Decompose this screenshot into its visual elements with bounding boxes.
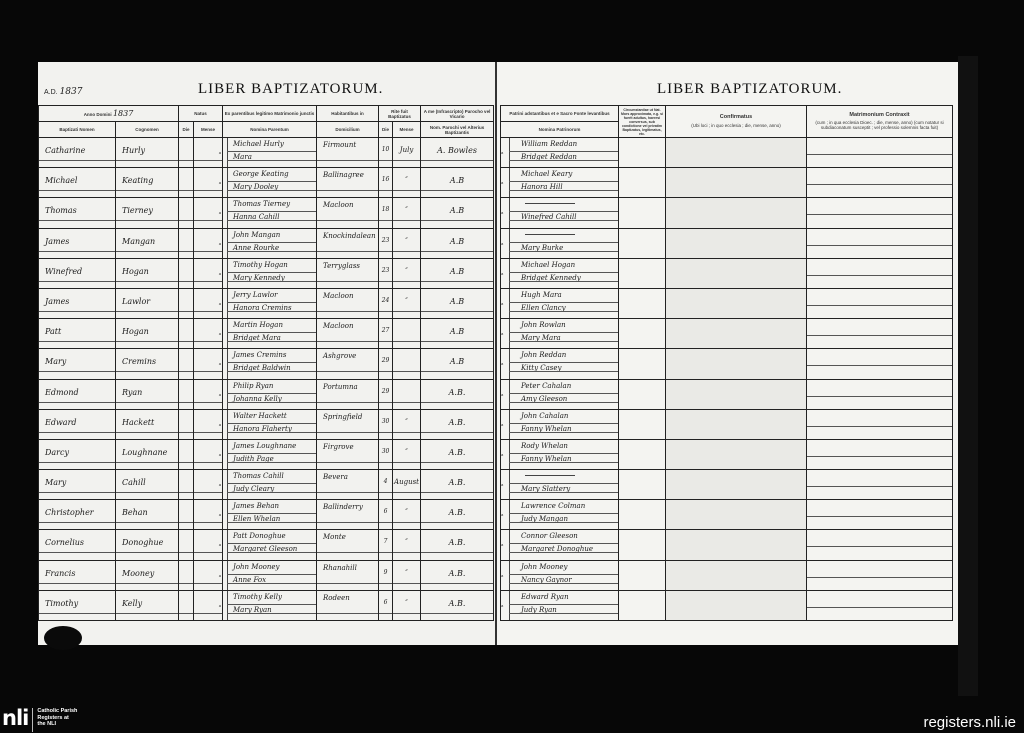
birth-day-cell (179, 198, 194, 228)
baptism-month-cell: ″ (393, 168, 421, 198)
father-name: Thomas Tierney (233, 200, 290, 208)
header-die: Die (179, 122, 194, 138)
marriage-cell (807, 198, 953, 228)
father-name: George Keating (233, 170, 289, 178)
sponsor-1: Connor Gleeson (521, 532, 578, 540)
parents-cell: Walter HackettHanora Flaherty (223, 409, 317, 439)
surname: Keating (122, 176, 153, 185)
birth-month-cell: a (194, 590, 223, 620)
baptized-name-cell: Darcy (39, 439, 116, 469)
table-row: aMichael HoganBridget Kennedy (501, 258, 953, 288)
table-row: aHugh MaraEllen Clancy (501, 288, 953, 318)
baptism-month-cell: ″ (393, 228, 421, 258)
header-rite-fuit: Rite fuit Baptizatus (379, 106, 421, 122)
surname: Mooney (122, 569, 154, 578)
site-url-link[interactable]: registers.nli.ie (923, 714, 1016, 731)
baptism-month-cell (393, 319, 421, 349)
marriage-cell (807, 409, 953, 439)
domicile-cell: Rhanahill (317, 560, 379, 590)
sponsors-cell: aJohn MooneyNancy Gaynor (501, 560, 619, 590)
right-page-title: LIBER BAPTIZATORUM. (657, 81, 842, 98)
surname-cell: Hogan (116, 258, 179, 288)
domicile-cell: Rodeen (317, 590, 379, 620)
baptism-day: 6 (379, 508, 392, 515)
surname-cell: Loughnane (116, 439, 179, 469)
sponsors-cell: aMary Burke (501, 228, 619, 258)
marriage-cell (807, 560, 953, 590)
father-name: Patt Donoghue (233, 532, 286, 540)
domicile: Portumna (323, 383, 358, 391)
domicile: Ballinderry (323, 503, 363, 511)
baptized-name: James (45, 297, 69, 306)
table-row: JamesManganaJohn ManganAnne RourkeKnocki… (39, 228, 494, 258)
priest: A.B. (421, 388, 493, 397)
header-a-me: A me (Infrascripto) Parocho vel Vicario (421, 106, 494, 122)
birth-day-cell (179, 409, 194, 439)
baptism-day-cell: 6 (379, 500, 393, 530)
baptism-month-cell: August (393, 470, 421, 500)
baptism-month: July (393, 146, 420, 154)
right-page: LIBER BAPTIZATORUM. Patrini adstantibus … (497, 62, 958, 645)
domicile-cell: Macloon (317, 319, 379, 349)
baptism-day: 29 (379, 357, 392, 364)
baptized-name: Thomas (45, 206, 77, 215)
ad-year-label: A.D. (44, 89, 58, 96)
table-row: WinefredHoganaTimothy HoganMary KennedyT… (39, 258, 494, 288)
header-die-baptism: Die (379, 122, 393, 138)
table-row: CorneliusDonoghueaPatt DonoghueMargaret … (39, 530, 494, 560)
father-name: Thomas Cahill (233, 472, 284, 480)
table-row: ChristopherBehanaJames BehanEllen Whelan… (39, 500, 494, 530)
domicile-cell: Springfield (317, 409, 379, 439)
domicile: Knockindalean (323, 232, 376, 240)
right-entries: aWilliam ReddanBridget ReddanaMichael Ke… (501, 138, 953, 621)
priest-cell: A.B. (421, 500, 494, 530)
birth-month-cell: a (194, 470, 223, 500)
marriage-cell (807, 379, 953, 409)
parents-cell: Thomas CahillJudy Cleary (223, 470, 317, 500)
table-row: TimothyKellyaTimothy KellyMary RyanRodee… (39, 590, 494, 620)
domicile: Bevera (323, 473, 348, 481)
ink-blot (44, 626, 82, 650)
sponsors-cell: aMichael HoganBridget Kennedy (501, 258, 619, 288)
surname-cell: Behan (116, 500, 179, 530)
circumstances-cell (619, 379, 666, 409)
confirmation-cell (666, 168, 807, 198)
domicile: Macloon (323, 292, 353, 300)
sponsor-1: Peter Cahalan (521, 382, 571, 390)
confirmation-cell (666, 349, 807, 379)
circumstances-cell (619, 198, 666, 228)
confirmation-cell (666, 258, 807, 288)
surname: Loughnane (122, 448, 167, 457)
surname-cell: Lawlor (116, 288, 179, 318)
father-name: James Behan (233, 502, 279, 510)
baptized-name: Timothy (45, 599, 78, 608)
circumstances-cell (619, 138, 666, 168)
baptism-day-cell: 30 (379, 409, 393, 439)
domicile-cell: Monte (317, 530, 379, 560)
parents-cell: Martin HoganBridget Mara (223, 319, 317, 349)
circumstances-cell (619, 168, 666, 198)
left-entries: CatharineHurlyaMichael HurlyMaraFirmount… (39, 138, 494, 621)
father-name: Timothy Kelly (233, 593, 282, 601)
surname: Hogan (122, 267, 149, 276)
table-row: JamesLawloraJerry LawlorHanora CreminsMa… (39, 288, 494, 318)
circumstances-cell (619, 409, 666, 439)
priest-cell: A.B (421, 198, 494, 228)
circumstances-cell (619, 349, 666, 379)
domicile-cell: Bevera (317, 470, 379, 500)
baptized-name-cell: Christopher (39, 500, 116, 530)
circumstances-cell (619, 288, 666, 318)
parents-cell: Jerry LawlorHanora Cremins (223, 288, 317, 318)
surname-cell: Hackett (116, 409, 179, 439)
sponsor-1: Edward Ryan (521, 593, 569, 601)
baptized-name: Mary (45, 357, 66, 366)
birth-day-cell (179, 319, 194, 349)
birth-day-cell (179, 590, 194, 620)
parents-cell: James CreminsBridget Baldwin (223, 349, 317, 379)
baptism-day: 30 (379, 418, 392, 425)
baptism-month: ″ (393, 176, 420, 184)
birth-month-cell: a (194, 168, 223, 198)
sponsors-cell: aEdward RyanJudy Ryan (501, 590, 619, 620)
baptism-day: 7 (379, 538, 392, 545)
priest: A.B. (421, 478, 493, 487)
baptized-name: James (45, 237, 69, 246)
father-name: Philip Ryan (233, 382, 273, 390)
baptism-day-cell: 24 (379, 288, 393, 318)
surname: Mangan (122, 237, 155, 246)
father-name: Michael Hurly (233, 140, 284, 148)
priest: A.B (421, 327, 493, 336)
baptized-name: Michael (45, 176, 77, 185)
baptism-day-cell: 7 (379, 530, 393, 560)
baptism-month: ″ (393, 569, 420, 577)
table-row: aJohn ReddanKitty Casey (501, 349, 953, 379)
birth-day-cell (179, 258, 194, 288)
priest: A.B (421, 267, 493, 276)
marriage-cell (807, 228, 953, 258)
table-row: aMichael KearyHanora Hill (501, 168, 953, 198)
marriage-cell (807, 500, 953, 530)
priest-cell: A.B (421, 228, 494, 258)
baptism-month-cell: ″ (393, 198, 421, 228)
baptism-day: 6 (379, 599, 392, 606)
surname-cell: Kelly (116, 590, 179, 620)
domicile: Ballinagree (323, 171, 364, 179)
surname-cell: Keating (116, 168, 179, 198)
birth-month-cell: a (194, 258, 223, 288)
table-row: aJohn MooneyNancy Gaynor (501, 560, 953, 590)
baptized-name-cell: Francis (39, 560, 116, 590)
birth-day-cell (179, 288, 194, 318)
circumstances-cell (619, 228, 666, 258)
surname-cell: Hogan (116, 319, 179, 349)
birth-month-cell: a (194, 319, 223, 349)
domicile: Firgrove (323, 443, 354, 451)
baptized-name: Francis (45, 569, 75, 578)
confirmation-cell (666, 500, 807, 530)
surname: Tierney (122, 206, 153, 215)
baptism-month: ″ (393, 418, 420, 426)
parents-cell: Thomas TierneyHanna Cahill (223, 198, 317, 228)
birth-day-cell (179, 470, 194, 500)
baptism-month-cell: July (393, 138, 421, 168)
priest: A.B (421, 357, 493, 366)
sponsor-1: John Reddan (521, 351, 566, 359)
father-name: James Loughnane (233, 442, 296, 450)
confirmation-cell (666, 138, 807, 168)
header-mense-baptism: Mense (393, 122, 421, 138)
baptism-month-cell: ″ (393, 409, 421, 439)
sponsor-1: Michael Keary (521, 170, 572, 178)
table-row: DarcyLoughnaneaJames LoughnaneJudith Pag… (39, 439, 494, 469)
table-row: ThomasTierneyaThomas TierneyHanna Cahill… (39, 198, 494, 228)
baptism-day-cell: 23 (379, 228, 393, 258)
birth-month-cell: a (194, 198, 223, 228)
birth-month-cell: a (194, 409, 223, 439)
table-row: aRody WhelanFanny Whelan (501, 439, 953, 469)
sponsors-cell: aPeter CahalanAmy Gleeson (501, 379, 619, 409)
parents-cell: James LoughnaneJudith Page (223, 439, 317, 469)
sponsor-1: Lawrence Colman (521, 502, 585, 510)
confirmation-cell (666, 439, 807, 469)
father-name: John Mooney (233, 563, 279, 571)
baptism-month: ″ (393, 448, 420, 456)
sponsors-cell: aLawrence ColmanJudy Mangan (501, 500, 619, 530)
father-name: Walter Hackett (233, 412, 287, 420)
parents-cell: James BehanEllen Whelan (223, 500, 317, 530)
baptism-day: 23 (379, 267, 392, 274)
birth-month-cell: a (194, 439, 223, 469)
circumstances-cell (619, 530, 666, 560)
sponsor-1: Michael Hogan (521, 261, 575, 269)
baptism-day: 9 (379, 569, 392, 576)
table-row: aMary Slattery (501, 470, 953, 500)
table-row: aJohn RowlanMary Mara (501, 319, 953, 349)
header-habitantibus: Habitantibus in (317, 106, 379, 122)
baptized-name: Darcy (45, 448, 69, 457)
header-confirmatus: Confirmatus (Ubi loci ; in quo ecclesia … (666, 106, 807, 138)
parents-cell: George KeatingMary Dooley (223, 168, 317, 198)
sponsor-1: John Rowlan (521, 321, 566, 329)
priest-cell: A.B (421, 319, 494, 349)
table-row: CatharineHurlyaMichael HurlyMaraFirmount… (39, 138, 494, 168)
surname: Ryan (122, 388, 142, 397)
priest-cell: A.B (421, 349, 494, 379)
parents-cell: John MooneyAnne Fox (223, 560, 317, 590)
baptized-name: Cornelius (45, 538, 84, 547)
table-row: MaryCahillaThomas CahillJudy ClearyBever… (39, 470, 494, 500)
surname: Lawlor (122, 297, 150, 306)
table-row: EdmondRyanaPhilip RyanJohanna KellyPortu… (39, 379, 494, 409)
surname-cell: Tierney (116, 198, 179, 228)
table-row: EdwardHackettaWalter HackettHanora Flahe… (39, 409, 494, 439)
priest-cell: A.B. (421, 379, 494, 409)
sponsors-cell: aMichael KearyHanora Hill (501, 168, 619, 198)
baptized-name: Christopher (45, 508, 94, 517)
confirmation-cell (666, 590, 807, 620)
parents-cell: Philip RyanJohanna Kelly (223, 379, 317, 409)
sponsor-1: John Mooney (521, 563, 567, 571)
logo-caption: Catholic Parish Registers at the NLI (37, 708, 77, 728)
marriage-cell (807, 258, 953, 288)
baptized-name-cell: James (39, 288, 116, 318)
parents-cell: Michael HurlyMara (223, 138, 317, 168)
baptism-day-cell: 18 (379, 198, 393, 228)
priest-cell: A.B (421, 288, 494, 318)
circumstances-cell (619, 590, 666, 620)
confirmation-cell (666, 288, 807, 318)
baptism-day-cell: 6 (379, 590, 393, 620)
baptism-day: 30 (379, 448, 392, 455)
baptized-name: Edmond (45, 388, 79, 397)
birth-month-cell: a (194, 560, 223, 590)
baptized-name: Mary (45, 478, 66, 487)
baptism-table-right: Patrini adstantibus et e Sacro Fonte lev… (500, 105, 953, 621)
marriage-cell (807, 530, 953, 560)
baptism-month: ″ (393, 508, 420, 516)
baptism-day-cell: 29 (379, 379, 393, 409)
surname-cell: Cahill (116, 470, 179, 500)
table-row: aJohn CahalanFanny Whelan (501, 409, 953, 439)
baptism-month-cell: ″ (393, 530, 421, 560)
sponsor-1: Rody Whelan (521, 442, 568, 450)
baptism-month: ″ (393, 206, 420, 214)
domicile-cell: Ballinagree (317, 168, 379, 198)
priest: A.B. (421, 508, 493, 517)
table-row: aMary Burke (501, 228, 953, 258)
baptized-name-cell: James (39, 228, 116, 258)
birth-day-cell (179, 228, 194, 258)
domicile-cell: Terryglass (317, 258, 379, 288)
table-row: MichaelKeatingaGeorge KeatingMary Dooley… (39, 168, 494, 198)
surname: Cahill (122, 478, 146, 487)
baptism-month-cell: ″ (393, 258, 421, 288)
birth-month-cell: a (194, 349, 223, 379)
nli-logo[interactable]: nli Catholic Parish Registers at the NLI (2, 708, 77, 732)
baptized-name: Edward (45, 418, 77, 427)
marriage-cell (807, 168, 953, 198)
birth-month-cell: a (194, 138, 223, 168)
baptism-table-left: Anno Domini 1837 Natus Ex parentibus leg… (38, 105, 494, 621)
father-name: Timothy Hogan (233, 261, 288, 269)
header-nomina-parentum: Nomina Parentum (223, 122, 317, 138)
baptism-month: ″ (393, 297, 420, 305)
baptism-day: 29 (379, 388, 392, 395)
header-nomina-patrinorum: Nomina Patrinorum (501, 122, 619, 138)
baptized-name-cell: Timothy (39, 590, 116, 620)
surname-cell: Mooney (116, 560, 179, 590)
birth-day-cell (179, 138, 194, 168)
register-book: A.D. 1837 LIBER BAPTIZATORUM. Anno Domin… (38, 62, 958, 645)
ad-year: A.D. 1837 (44, 87, 82, 97)
sponsors-cell: aHugh MaraEllen Clancy (501, 288, 619, 318)
domicile-cell: Ballinderry (317, 500, 379, 530)
priest-cell: A.B. (421, 439, 494, 469)
priest: A.B (421, 297, 493, 306)
father-name: John Mangan (233, 231, 280, 239)
sponsor-1: Hugh Mara (521, 291, 562, 299)
circumstances-cell (619, 258, 666, 288)
sponsors-cell: aRody WhelanFanny Whelan (501, 439, 619, 469)
header-mense: Mense (194, 122, 223, 138)
marriage-cell (807, 590, 953, 620)
header-circumstantiae: Circumstantiae ut Nat. Mors approximata,… (619, 106, 666, 138)
baptism-day: 24 (379, 297, 392, 304)
priest: A.B. (421, 448, 493, 457)
nli-logo-mark: nli (2, 708, 28, 728)
priest-cell: A.B (421, 258, 494, 288)
baptism-month: ″ (393, 267, 420, 275)
baptism-month-cell (393, 349, 421, 379)
domicile: Monte (323, 533, 346, 541)
priest-cell: A.B. (421, 560, 494, 590)
circumstances-cell (619, 319, 666, 349)
marriage-cell (807, 319, 953, 349)
baptized-name-cell: Edmond (39, 379, 116, 409)
domicile-cell: Ashgrove (317, 349, 379, 379)
birth-day-cell (179, 439, 194, 469)
birth-month-cell: a (194, 228, 223, 258)
header-anno-domini: Anno Domini 1837 (39, 106, 179, 122)
table-row: MaryCreminsaJames CreminsBridget Baldwin… (39, 349, 494, 379)
baptism-day-cell: 27 (379, 319, 393, 349)
header-ex-parentibus: Ex parentibus legitimo Matrimonio juncti… (223, 106, 317, 122)
baptism-day: 4 (379, 478, 392, 485)
baptism-month-cell (393, 379, 421, 409)
header-domicilium: Domicilium (317, 122, 379, 138)
table-row: FrancisMooneyaJohn MooneyAnne FoxRhanahi… (39, 560, 494, 590)
baptized-name-cell: Thomas (39, 198, 116, 228)
birth-month-cell: a (194, 288, 223, 318)
circumstances-cell (619, 439, 666, 469)
domicile-cell: Macloon (317, 198, 379, 228)
header-nom-parochi: Nom. Parochi vel Alterius Baptizantis (421, 122, 494, 138)
baptism-day-cell: 16 (379, 168, 393, 198)
baptism-day: 27 (379, 327, 392, 334)
domicile: Terryglass (323, 262, 360, 270)
header-patrini: Patrini adstantibus et e Sacro Fonte lev… (501, 106, 619, 122)
father-name: Jerry Lawlor (233, 291, 277, 299)
surname-cell: Cremins (116, 349, 179, 379)
baptized-name-cell: Patt (39, 319, 116, 349)
marriage-cell (807, 439, 953, 469)
priest: A.B. (421, 599, 493, 608)
priest-cell: A.B (421, 168, 494, 198)
parents-cell: Patt DonoghueMargaret Gleeson (223, 530, 317, 560)
baptism-day-cell: 4 (379, 470, 393, 500)
circumstances-cell (619, 500, 666, 530)
domicile: Rhanahill (323, 564, 357, 572)
sponsors-cell: aWilliam ReddanBridget Reddan (501, 138, 619, 168)
baptism-day: 18 (379, 206, 392, 213)
sponsors-cell: aMary Slattery (501, 470, 619, 500)
marriage-cell (807, 288, 953, 318)
surname: Behan (122, 508, 148, 517)
confirmation-cell (666, 379, 807, 409)
baptized-name-cell: Winefred (39, 258, 116, 288)
birth-month-cell: a (194, 379, 223, 409)
baptism-month-cell: ″ (393, 288, 421, 318)
birth-day-cell (179, 168, 194, 198)
table-row: aWinefred Cahill (501, 198, 953, 228)
header-cognomen: Cognomen (116, 122, 179, 138)
baptism-month-cell: ″ (393, 439, 421, 469)
left-page-title: LIBER BAPTIZATORUM. (198, 81, 383, 98)
